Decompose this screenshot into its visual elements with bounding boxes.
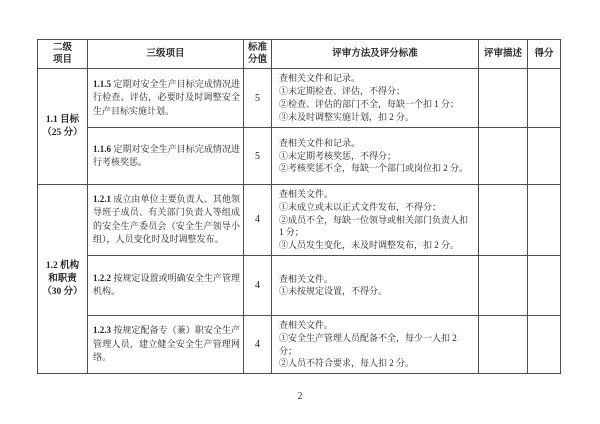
score-earned-cell bbox=[528, 69, 561, 128]
table-row: 1.2.3 按规定配备专（兼）职安全生产管理人员，建立健全安全生产管理网络。 4… bbox=[38, 315, 561, 373]
section-label-1-1: 1.1 目标 （25 分） bbox=[38, 69, 88, 185]
table-row: 1.2.2 按规定设置或明确安全生产管理机构。 4 查相关文件。 ①未按规定设置… bbox=[38, 255, 561, 315]
score-earned-cell bbox=[528, 185, 561, 256]
standard-score-cell: 4 bbox=[244, 255, 272, 315]
col-header-standard-score: 标准 分值 bbox=[244, 40, 272, 69]
review-description-cell bbox=[479, 69, 528, 128]
table-row: 1.2 机构 和职责 （30 分） 1.2.1 成立由单位主要负责人、其他领导班… bbox=[38, 185, 561, 256]
item-number: 1.2.1 bbox=[93, 194, 111, 204]
standard-score-cell: 4 bbox=[244, 315, 272, 373]
item-cell: 1.1.6 定期对安全生产目标完成情况进行考核奖惩。 bbox=[88, 128, 244, 185]
review-description-cell bbox=[479, 185, 528, 256]
item-cell: 1.2.2 按规定设置或明确安全生产管理机构。 bbox=[88, 255, 244, 315]
score-earned-cell bbox=[528, 255, 561, 315]
review-description-cell bbox=[479, 315, 528, 373]
score-earned-cell bbox=[528, 128, 561, 185]
table-header-row: 二级 项目 三级项目 标准 分值 评审方法及评分标准 评审描述 得分 bbox=[38, 40, 561, 69]
evaluation-table: 二级 项目 三级项目 标准 分值 评审方法及评分标准 评审描述 得分 1.1 目… bbox=[37, 39, 561, 374]
item-number: 1.1.5 bbox=[93, 79, 111, 89]
standard-score-cell: 5 bbox=[244, 128, 272, 185]
table-row: 1.1.6 定期对安全生产目标完成情况进行考核奖惩。 5 查相关文件和记录。 ①… bbox=[38, 128, 561, 185]
item-cell: 1.2.3 按规定配备专（兼）职安全生产管理人员，建立健全安全生产管理网络。 bbox=[88, 315, 244, 373]
item-text: 定期对安全生产目标完成情况进行检查、评估，必要时及时调整安全生产目标实施计划。 bbox=[93, 79, 240, 116]
standard-score-cell: 5 bbox=[244, 69, 272, 128]
page-number: 2 bbox=[0, 391, 600, 402]
col-header-tertiary-item: 三级项目 bbox=[88, 40, 244, 69]
criteria-cell: 查相关文件和记录。 ①未定期考核奖惩，不得分； ②考核奖惩不全，每缺一个部门或岗… bbox=[272, 128, 479, 185]
review-description-cell bbox=[479, 128, 528, 185]
col-header-score: 得分 bbox=[528, 40, 561, 69]
criteria-cell: 查相关文件。 ①未按规定设置，不得分。 bbox=[272, 255, 479, 315]
item-number: 1.1.6 bbox=[93, 144, 111, 154]
item-number: 1.2.2 bbox=[93, 273, 111, 283]
standard-score-cell: 4 bbox=[244, 185, 272, 256]
criteria-cell: 查相关文件。 ①安全生产管理人员配备不全，每少一人扣 2 分； ②人员不符合要求… bbox=[272, 315, 479, 373]
criteria-cell: 查相关文件和记录。 ①未定期检查、评估，不得分； ②检查、评估的部门不全，每缺一… bbox=[272, 69, 479, 128]
criteria-cell: 查相关文件。 ①未成立或未以正式文件发布，不得分； ②成员不全，每缺一位领导或相… bbox=[272, 185, 479, 256]
col-header-review-description: 评审描述 bbox=[479, 40, 528, 69]
col-header-review-method: 评审方法及评分标准 bbox=[272, 40, 479, 69]
col-header-secondary-item: 二级 项目 bbox=[38, 40, 88, 69]
item-text: 按规定设置或明确安全生产管理机构。 bbox=[93, 273, 240, 297]
section-label-1-2: 1.2 机构 和职责 （30 分） bbox=[38, 185, 88, 374]
item-number: 1.2.3 bbox=[93, 325, 111, 335]
table-row: 1.1 目标 （25 分） 1.1.5 定期对安全生产目标完成情况进行检查、评估… bbox=[38, 69, 561, 128]
score-earned-cell bbox=[528, 315, 561, 373]
item-cell: 1.2.1 成立由单位主要负责人、其他领导班子成员、有关部门负责人等组成的安全生… bbox=[88, 185, 244, 256]
item-text: 按规定配备专（兼）职安全生产管理人员，建立健全安全生产管理网络。 bbox=[93, 325, 240, 362]
item-cell: 1.1.5 定期对安全生产目标完成情况进行检查、评估，必要时及时调整安全生产目标… bbox=[88, 69, 244, 128]
item-text: 成立由单位主要负责人、其他领导班子成员、有关部门负责人等组成的安全生产委员会（安… bbox=[93, 194, 240, 245]
document-page: 二级 项目 三级项目 标准 分值 评审方法及评分标准 评审描述 得分 1.1 目… bbox=[0, 0, 600, 424]
item-text: 定期对安全生产目标完成情况进行考核奖惩。 bbox=[93, 144, 240, 168]
review-description-cell bbox=[479, 255, 528, 315]
